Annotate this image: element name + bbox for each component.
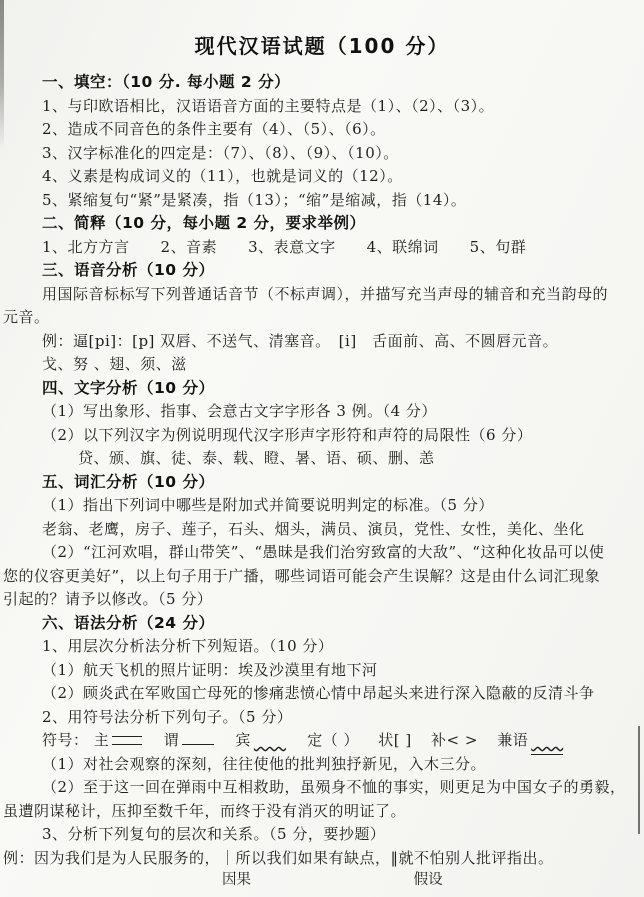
double-underline-mark xyxy=(112,736,142,745)
attributive-symbol: 定（ ） xyxy=(307,731,359,749)
scan-edge-artifact-left xyxy=(0,0,4,150)
text-line: 贷、颁、旗、徒、泰、载、瞪、暑、语、硕、删、恙 xyxy=(0,447,644,471)
exam-body-part2: （1）对社会观察的深刻，往往使他的批判独抒新见，入木三分。（2）至于这一回在弹雨… xyxy=(0,753,644,871)
predicate-label: 谓 xyxy=(164,731,180,749)
text-line: （1）指出下列词中哪些是附加式并简要说明判定的标准。（5 分） xyxy=(0,494,644,518)
predicate-symbol: 谓 xyxy=(164,731,217,749)
text-line: 例：因为我们是为人民服务的，｜所以我们如果有缺点，‖就不怕别人批评指出。 xyxy=(0,847,644,871)
text-line: 3、汉字标准化的四定是：（7）、（8）、（9）、（10）。 xyxy=(0,142,644,166)
text-line: 4、义素是构成词义的（11），也就是词义的（12）。 xyxy=(0,165,644,189)
causal-label: 因果 xyxy=(222,872,251,888)
text-line: 2、造成不同音色的条件主要有（4）、（5）、（6）。 xyxy=(0,118,644,142)
text-line: （1）写出象形、指事、会意古文字字形各 3 例。（4 分） xyxy=(0,400,644,424)
wavy-underline-mark xyxy=(254,729,286,753)
symbol-legend-line: 符号： 主 谓 宾 定（ ） 状[ ] 补< > 兼语 xyxy=(0,729,644,753)
text-line: 六、语法分析（24 分） xyxy=(0,612,644,636)
text-line: （2）顾炎武在军败国亡母死的惨痛悲愤心情中昂起头来进行深入隐蔽的反清斗争 xyxy=(0,682,644,706)
text-line: （2）“江河欢唱，群山带笑”、“愚昧是我们治穷致富的大敌”、“这种化妆品可以使 xyxy=(0,541,644,565)
subject-symbol: 主 xyxy=(94,731,145,749)
wavy-over-line-mark xyxy=(531,729,563,755)
scan-edge-artifact-right xyxy=(638,726,640,834)
hypothetical-label: 假设 xyxy=(414,872,443,888)
pivot-label: 兼语 xyxy=(497,731,528,749)
text-line: （1）对社会观察的深刻，往往使他的批判独抒新见，入木三分。 xyxy=(0,753,644,777)
complement-symbol: 补< > xyxy=(431,731,478,749)
exam-body-part1: 一、填空：（10 分. 每小题 2 分）1、与印欧语相比，汉语语音方面的主要特点… xyxy=(0,71,644,729)
text-line: 1、北方方言 2、音素 3、表意文字 4、联绵词 5、句群 xyxy=(0,236,644,260)
text-line: 一、填空：（10 分. 每小题 2 分） xyxy=(0,71,644,95)
text-line: 三、语音分析（10 分） xyxy=(0,259,644,283)
text-line: 1、与印欧语相比，汉语语音方面的主要特点是（1）、（2）、（3）。 xyxy=(0,95,644,119)
text-line: 元音。 xyxy=(0,306,644,330)
text-line: 用国际音标标写下列普通话音节（不标声调），并描写充当声母的辅音和充当韵母的 xyxy=(0,283,644,307)
text-line: 例：逼[pi]：[p] 双唇、不送气、清塞音。 [i] 舌面前、高、不圆唇元音。 xyxy=(0,330,644,354)
text-line: 四、文字分析（10 分） xyxy=(0,377,644,401)
text-line: 您的仪容更美好”，以上句子用于广播，哪些词语可能会产生误解？这是由什么词汇现象 xyxy=(0,565,644,589)
text-line: 戈、努 、翅、须、滋 xyxy=(0,353,644,377)
text-line: 1、用层次分析法分析下列短语。（10 分） xyxy=(0,635,644,659)
adverbial-symbol: 状[ ] xyxy=(378,731,411,749)
subject-label: 主 xyxy=(94,731,110,749)
single-underline-mark xyxy=(182,731,214,745)
text-line: （2）至于这一回在弹雨中互相救助，虽殒身不恤的事实，则更足为中国女子的勇毅， xyxy=(0,776,644,800)
text-line: 二、简释（10 分，每小题 2 分，要求举例） xyxy=(0,212,644,236)
pivot-symbol: 兼语 xyxy=(497,731,565,749)
symbol-legend-label: 符号： xyxy=(42,731,89,749)
object-label: 宾 xyxy=(235,731,251,749)
text-line: （2）以下列汉字为例说明现代汉字形声字形符和声符的局限性（6 分） xyxy=(0,424,644,448)
text-line: 3、分析下列复句的层次和关系。（5 分，要抄题） xyxy=(0,823,644,847)
relation-labels-line: 因果 假设 xyxy=(0,870,644,890)
text-line: 五、词汇分析（10 分） xyxy=(0,471,644,495)
text-line: （1）航天飞机的照片证明：埃及沙漠里有地下河 xyxy=(0,659,644,683)
object-symbol: 宾 xyxy=(235,731,288,749)
text-line: 2、用符号法分析下列句子。（5 分） xyxy=(0,706,644,730)
exam-page: 现代汉语试题（100 分） 一、填空：（10 分. 每小题 2 分）1、与印欧语… xyxy=(0,0,644,897)
text-line: 老翁、老鹰，房子、莲子，石头、烟头，满员、演员，党性、女性，美化、坐化 xyxy=(0,518,644,542)
text-line: 5、紧缩复句“紧”是紧凑，指（13）；“缩”是缩减，指（14）。 xyxy=(0,189,644,213)
text-line: 引起的？请予以修改。（5 分） xyxy=(0,588,644,612)
text-line: 虽遭阴谋秘计，压抑至数千年，而终于没有消灭的明证了。 xyxy=(0,800,644,824)
page-title: 现代汉语试题（100 分） xyxy=(0,30,644,59)
